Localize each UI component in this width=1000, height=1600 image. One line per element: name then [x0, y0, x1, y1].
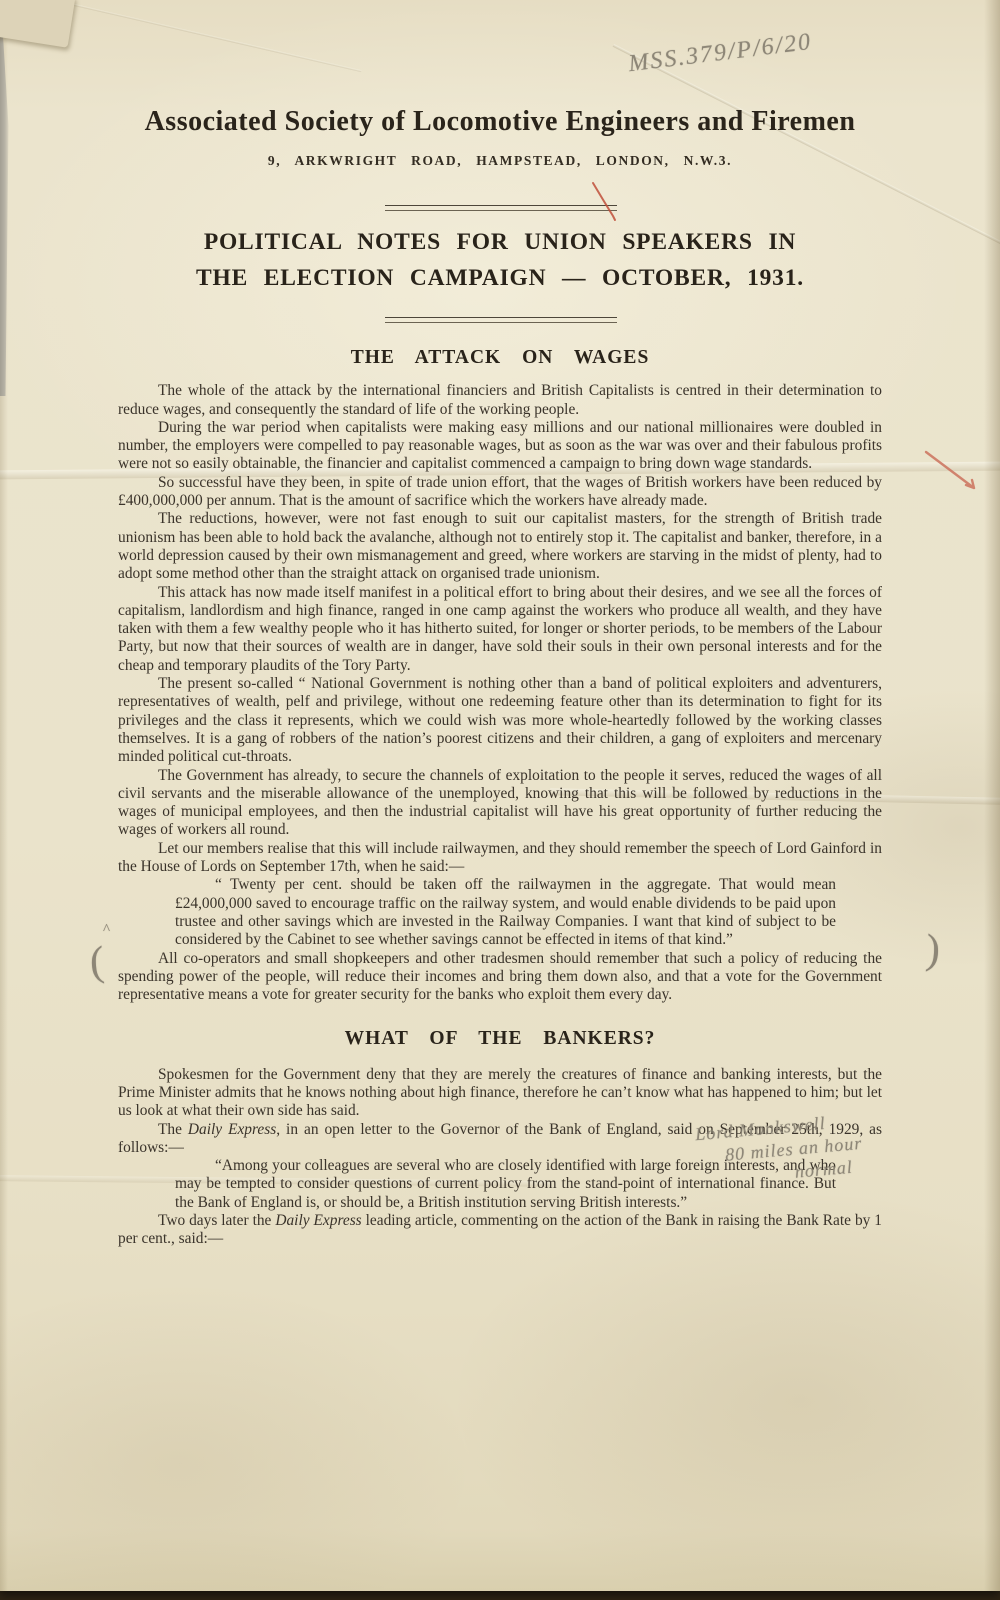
document-title-line1: POLITICAL NOTES FOR UNION SPEAKERS IN — [168, 224, 832, 260]
daily-express-italic: Daily Express — [275, 1212, 361, 1229]
paragraph: So successful have they been, in spite o… — [118, 474, 882, 511]
paragraph-text: The — [158, 1121, 188, 1138]
paragraph-text: Two days later the — [158, 1212, 275, 1229]
paragraph: The present so-called “ National Governm… — [118, 675, 882, 766]
paper-right-edge-shadow — [984, 0, 1000, 1591]
paragraph: The reductions, however, were not fast e… — [118, 510, 882, 583]
paragraph: Let our members realise that this will i… — [118, 840, 882, 877]
handwritten-left-parenthesis: ( — [88, 938, 105, 987]
handwritten-right-parenthesis: ) — [924, 926, 941, 975]
pencil-note-lord-monkswell: Lord Monkswell 80 miles an hour normal — [694, 1109, 865, 1192]
organisation-title: Associated Society of Locomotive Enginee… — [0, 106, 1000, 138]
folded-corner-top-left — [0, 0, 76, 48]
section-heading-attack-on-wages: THE ATTACK ON WAGES — [118, 349, 882, 367]
torn-left-edge — [0, 36, 10, 396]
document-body: THE ATTACK ON WAGES The whole of the att… — [118, 349, 882, 1249]
paragraph: The whole of the attack by the internati… — [118, 382, 882, 419]
red-pencil-mark-right-edge — [922, 448, 984, 498]
archive-reference-annotation: MSS.379/P/6/20 — [627, 29, 814, 78]
blockquote-gainford: “ Twenty per cent. should be taken off t… — [175, 876, 836, 949]
fold-crease-top-left — [40, 0, 362, 72]
paragraph: Two days later the Daily Express leading… — [118, 1212, 882, 1249]
paragraph: During the war period when capitalists w… — [118, 419, 882, 474]
divider-rule-top — [385, 205, 617, 211]
scanned-document: MSS.379/P/6/20 Associated Society of Loc… — [0, 0, 1000, 1600]
paragraph: This attack has now made itself manifest… — [118, 584, 882, 675]
paper-sheet: MSS.379/P/6/20 Associated Society of Loc… — [0, 0, 1000, 1591]
paragraph: Spokesmen for the Government deny that t… — [118, 1066, 882, 1121]
paragraph: All co-operators and small shopkeepers a… — [118, 950, 882, 1005]
divider-rule-bottom — [385, 317, 617, 323]
daily-express-italic: Daily Express — [188, 1121, 276, 1138]
organisation-address: 9, ARKWRIGHT ROAD, HAMPSTEAD, LONDON, N.… — [0, 153, 1000, 169]
red-pencil-mark-address — [589, 180, 623, 222]
paragraph: The Government has already, to secure th… — [118, 767, 882, 840]
section-heading-what-of-the-bankers: WHAT OF THE BANKERS? — [118, 1030, 882, 1048]
document-title-line2: THE ELECTION CAMPAIGN — OCTOBER, 1931. — [168, 260, 832, 296]
handwritten-caret-mark: ^ — [103, 922, 110, 939]
document-title: POLITICAL NOTES FOR UNION SPEAKERS IN TH… — [168, 224, 832, 296]
